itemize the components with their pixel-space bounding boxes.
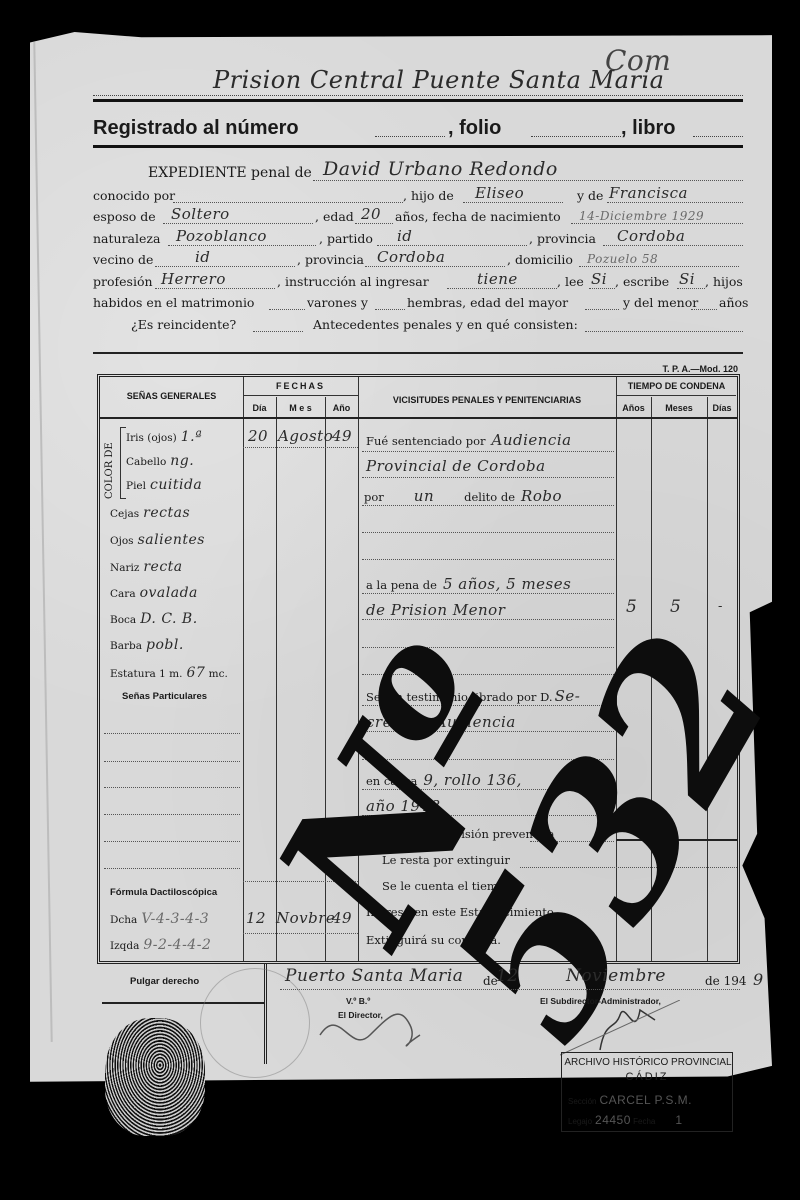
row-expediente: EXPEDIENTE penal de David Urbano Redondo — [93, 160, 743, 184]
por-label: por — [364, 490, 384, 504]
particulares-line — [104, 814, 240, 815]
provincia2-field: Cordoba — [365, 251, 505, 267]
tribunal-value: Audiencia — [492, 431, 572, 449]
row-habidos: habidos en el matrimonio varones y hembr… — [93, 292, 743, 314]
ingreso-dia: 12 — [246, 909, 266, 927]
header-dia: Día — [243, 403, 276, 413]
escribe-value: Si — [679, 270, 695, 288]
naturaleza-value: Pozoblanco — [176, 227, 267, 245]
hembras-field — [375, 294, 405, 310]
instruccion-field: tiene — [447, 273, 557, 289]
reincidente-field — [253, 316, 303, 332]
archive-stamp: ARCHIVO HISTÓRICO PROVINCIAL CÁDIZ Secci… — [561, 1052, 733, 1132]
header-anos: Años — [616, 403, 651, 413]
sena-value: recta — [143, 559, 182, 575]
header-rule — [616, 395, 736, 396]
folio-label: , folio — [448, 117, 501, 140]
header-senas: SEÑAS GENERALES — [100, 391, 243, 401]
sena-value: ovalada — [140, 585, 198, 601]
header-mes: M e s — [276, 403, 325, 413]
hijo-label: , hijo de — [403, 188, 454, 203]
date-day: 12 — [496, 966, 519, 986]
sentenciado-row: Fué sentenciado porAudiencia — [366, 431, 572, 449]
sena-value: rectas — [143, 505, 190, 521]
sena-value: 1.ª — [181, 429, 203, 445]
thumbprint — [105, 1018, 205, 1136]
provincia-label: , provincia — [529, 231, 596, 246]
fecha-line — [243, 933, 358, 934]
sena-value: salientes — [138, 532, 205, 548]
sentencia-ano: 49 — [332, 427, 352, 445]
sentencia-mes: Agosto — [278, 427, 333, 445]
naturaleza-field: Pozoblanco — [168, 230, 316, 246]
header-rule — [243, 395, 358, 396]
col-divider — [243, 377, 244, 961]
father-value: Eliseo — [475, 184, 524, 202]
partido-value: id — [397, 227, 412, 245]
row-reincidente: ¿Es reincidente? Antecedentes penales y … — [93, 313, 743, 335]
sena-label: Cara — [110, 588, 136, 600]
year-digit: 9 — [753, 970, 764, 989]
header-meses: Meses — [651, 403, 707, 413]
hijos-label: , hijos — [705, 274, 743, 289]
archive-legajo: Legajo24450 Fecha1 — [568, 1113, 683, 1127]
sena-suffix: mc. — [209, 668, 228, 680]
registro-line: Registrado al número , folio , libro — [93, 112, 743, 148]
color-de-label: COLOR DE — [104, 442, 115, 499]
fecha-label: Fecha — [633, 1117, 655, 1126]
provincia2-label: , provincia — [297, 252, 364, 267]
section-divider — [93, 352, 743, 354]
reincidente-label: ¿Es reincidente? — [131, 317, 236, 332]
edad-field: 20 — [355, 208, 393, 224]
row-conocido: conocido por , hijo de Eliseo y de Franc… — [93, 184, 743, 206]
fecha-nacimiento-value: 14-Diciembre 1929 — [579, 209, 704, 223]
sena-value: cuitida — [150, 477, 202, 493]
sena-label: Barba — [110, 640, 142, 652]
sena-label: Cejas — [110, 508, 139, 520]
antecedentes-label: Antecedentes penales y en qué consisten: — [313, 317, 578, 332]
seccion-value: CARCEL P.S.M. — [599, 1093, 692, 1107]
hembras-label: hembras, edad del mayor — [407, 295, 568, 310]
expediente-label: EXPEDIENTE penal de — [148, 165, 312, 181]
partido-label: , partido — [319, 231, 373, 246]
sena-value: pobl. — [146, 637, 184, 653]
name-field: David Urbano Redondo — [313, 165, 743, 181]
year-label: de 194 — [705, 974, 747, 988]
antecedentes-field — [585, 316, 743, 332]
archive-city: CÁDIZ — [562, 1071, 732, 1083]
sena-value: ng. — [170, 453, 194, 469]
edad-value: 20 — [361, 205, 381, 223]
header-fechas: FECHAS — [243, 381, 358, 391]
vecino-field: id — [155, 251, 295, 267]
provincia2-value: Cordoba — [377, 248, 445, 266]
instruccion-label: , instrucción al ingresar — [277, 274, 429, 289]
sena-label: Nariz — [110, 562, 139, 574]
particulares-line — [104, 787, 240, 788]
sentencia-dia: 20 — [248, 427, 268, 445]
form-code: T. P. A.—Mod. 120 — [662, 364, 738, 374]
lee-value: Si — [591, 270, 607, 288]
institution-correction: Com — [605, 44, 671, 77]
father-field: Eliseo — [463, 187, 563, 203]
sena-label: Estatura 1 m. — [110, 668, 182, 680]
libro-label: , libro — [621, 117, 675, 140]
dactilo-dcha: DchaV-4-3-4-3 — [110, 911, 209, 927]
expediente-fields: EXPEDIENTE penal de David Urbano Redondo… — [93, 160, 743, 335]
particulares-line — [104, 841, 240, 842]
director-signature — [310, 995, 440, 1065]
date-month: Noviembre — [566, 966, 666, 986]
dcha-label: Dcha — [110, 914, 137, 926]
profesion-value: Herrero — [161, 270, 226, 288]
esposo-label: esposo de — [93, 209, 156, 224]
row-naturaleza: naturaleza Pozoblanco , partido id , pro… — [93, 227, 743, 249]
escribe-field: Si — [677, 273, 705, 289]
penal-record-table: SEÑAS GENERALES FECHAS Día M e s Año VIC… — [97, 374, 740, 964]
header-tiempo: TIEMPO DE CONDENA — [616, 381, 737, 391]
sena-cejas: Cejasrectas — [110, 505, 190, 521]
profesion-label: profesión — [93, 274, 153, 289]
y-de-label: y de — [577, 188, 603, 203]
header-vicisitudes: VICISITUDES PENALES Y PENITENCIARIAS — [358, 395, 616, 405]
domicilio-label: , domicilio — [507, 252, 573, 267]
menor-field — [691, 294, 717, 310]
row-esposo: esposo de Soltero , edad 20 años, fecha … — [93, 206, 743, 228]
fecha-value: 1 — [675, 1113, 682, 1127]
header-ano: Año — [325, 403, 358, 413]
dactilo-label: Fórmula Dactiloscópica — [110, 887, 217, 898]
sena-boca: BocaD. C. B. — [110, 611, 198, 627]
varones-label: varones y — [307, 295, 368, 310]
naturaleza-label: naturaleza — [93, 231, 160, 246]
sena-label: Cabello — [126, 456, 166, 468]
profesion-field: Herrero — [155, 273, 275, 289]
place-value: Puerto Santa Maria — [285, 966, 463, 986]
sena-barba: Barbapobl. — [110, 637, 184, 653]
legajo-label: Legajo — [568, 1117, 592, 1126]
header-bottom-rule — [100, 417, 737, 419]
instruccion-value: tiene — [477, 270, 518, 288]
menor-label: y del menor — [623, 295, 698, 310]
sena-cara: Caraovalada — [110, 585, 198, 601]
varones-field — [269, 294, 305, 310]
seccion-label: Sección — [568, 1097, 596, 1106]
sena-value: D. C. B. — [140, 611, 197, 627]
row-vecino: vecino de id , provincia Cordoba , domic… — [93, 249, 743, 271]
particulares-line — [104, 733, 240, 734]
escribe-label: , escribe — [615, 274, 669, 289]
registro-numero-field — [375, 136, 445, 137]
fecha-nacimiento-label: años, fecha de nacimiento — [395, 209, 561, 224]
lee-field: Si — [589, 273, 615, 289]
provincia-field: Cordoba — [603, 230, 743, 246]
vecino-value: id — [195, 248, 210, 266]
esposo-value: Soltero — [171, 205, 230, 223]
registro-libro-field — [693, 136, 743, 137]
sena-cabello: Cabellong. — [126, 453, 194, 469]
dcha-value: V-4-3-4-3 — [141, 911, 209, 927]
header-dias: Días — [707, 403, 737, 413]
cantidad-value: un — [414, 487, 434, 505]
fecha-line — [243, 447, 358, 448]
archive-seccion: SecciónCARCEL P.S.M. — [568, 1093, 692, 1107]
sena-ojos: Ojossalientes — [110, 532, 205, 548]
conocido-label: conocido por — [93, 188, 175, 203]
edad-label: , edad — [315, 209, 354, 224]
row-profesion: profesión Herrero , instrucción al ingre… — [93, 270, 743, 292]
izqda-label: Izqda — [110, 940, 139, 952]
sena-label: Ojos — [110, 535, 134, 547]
registro-folio-field — [531, 136, 621, 137]
esposo-field: Soltero — [163, 208, 313, 224]
senas-particulares-label: Señas Particulares — [122, 691, 207, 702]
sena-value: 67 — [186, 665, 205, 681]
provincia-value: Cordoba — [617, 227, 685, 245]
subdirector-signature — [560, 1000, 680, 1060]
sena-estatura: Estatura 1 m.67 mc. — [110, 665, 228, 681]
pulgar-label: Pulgar derecho — [130, 976, 199, 987]
sena-piel: Pielcuitida — [126, 477, 202, 493]
partido-field: id — [377, 230, 527, 246]
anos-label: años — [719, 295, 748, 310]
particulares-line — [104, 761, 240, 762]
sena-iris: Iris (ojos)1.ª — [126, 429, 202, 445]
sena-nariz: Narizrecta — [110, 559, 183, 575]
sentenciado-label: Fué sentenciado por — [366, 434, 486, 448]
name-value: David Urbano Redondo — [323, 158, 558, 180]
vecino-label: vecino de — [93, 252, 153, 267]
sena-label: Piel — [126, 480, 146, 492]
archive-title: ARCHIVO HISTÓRICO PROVINCIAL — [564, 1057, 732, 1068]
registrado-label: Registrado al número — [93, 117, 299, 140]
domicilio-field: Pozuelo 58 — [579, 251, 739, 267]
fecha-nacimiento-field: 14-Diciembre 1929 — [571, 208, 743, 224]
lee-label: , lee — [557, 274, 584, 289]
institution-name: Prision Central Puente Santa Maria — [213, 66, 664, 94]
mother-field: Francisca — [607, 187, 743, 203]
mother-value: Francisca — [609, 184, 688, 202]
izqda-value: 9-2-4-4-2 — [143, 937, 211, 953]
domicilio-value: Pozuelo 58 — [587, 252, 658, 266]
conocido-field — [173, 187, 403, 203]
mayor-field — [585, 294, 619, 310]
particulares-line — [104, 868, 240, 869]
sena-label: Boca — [110, 614, 136, 626]
habidos-label: habidos en el matrimonio — [93, 295, 254, 310]
sena-label: Iris (ojos) — [126, 432, 177, 444]
legajo-value: 24450 — [595, 1113, 631, 1127]
dactilo-izqda: Izqda9-2-4-4-2 — [110, 937, 211, 953]
